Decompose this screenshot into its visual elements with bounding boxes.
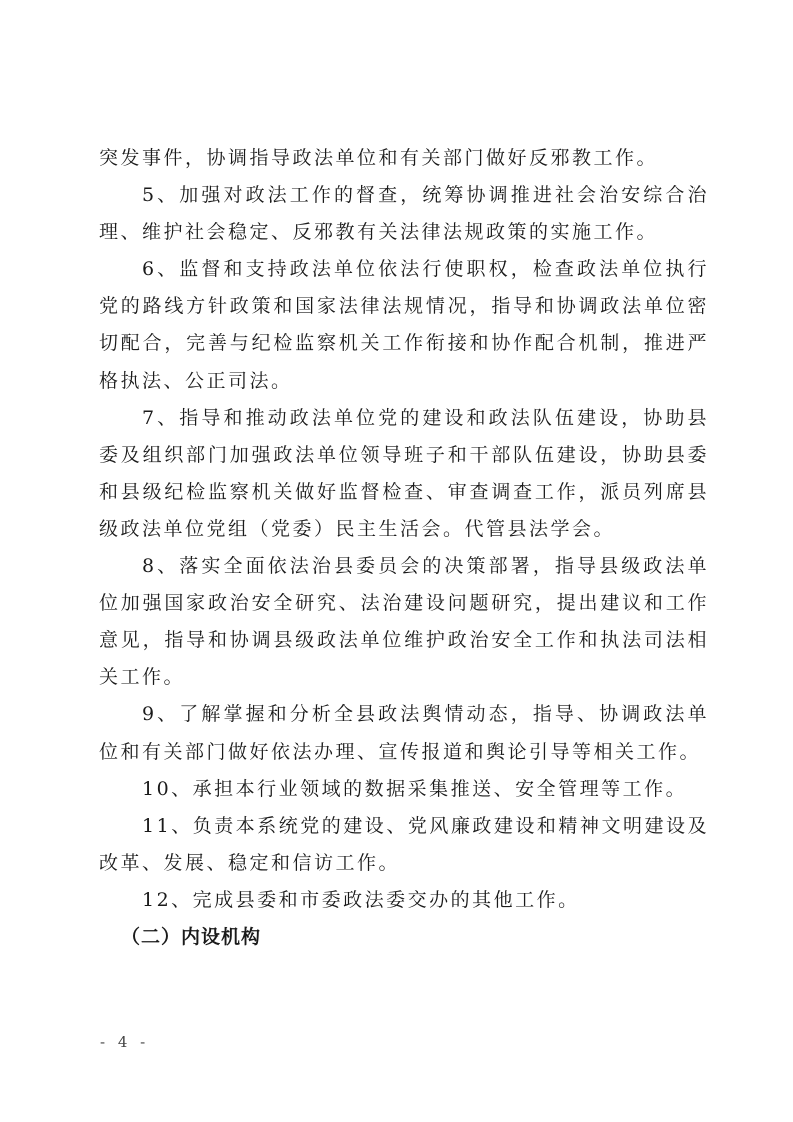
paragraph-item-9: 9、了解掌握和分析全县政法舆情动态，指导、协调政法单位和有关部门做好依法办理、宣… bbox=[99, 696, 709, 770]
paragraph-item-7: 7、指导和推动政法单位党的建设和政法队伍建设，协助县委及组织部门加强政法单位领导… bbox=[99, 400, 709, 548]
document-body: 突发事件，协调指导政法单位和有关部门做好反邪教工作。 5、加强对政法工作的督查，… bbox=[99, 140, 709, 956]
paragraph-item-11: 11、负责本系统党的建设、党风廉政建设和精神文明建设及改革、发展、稳定和信访工作… bbox=[99, 808, 709, 882]
paragraph-item-12: 12、完成县委和市委政法委交办的其他工作。 bbox=[99, 882, 709, 919]
paragraph-item-5: 5、加强对政法工作的督查，统筹协调推进社会治安综合治理、维护社会稳定、反邪教有关… bbox=[99, 177, 709, 251]
page-number: - 4 - bbox=[100, 1033, 149, 1051]
paragraph-item-6: 6、监督和支持政法单位依法行使职权，检查政法单位执行党的路线方针政策和国家法律法… bbox=[99, 251, 709, 399]
paragraph-continuation: 突发事件，协调指导政法单位和有关部门做好反邪教工作。 bbox=[99, 140, 709, 177]
paragraph-item-10: 10、承担本行业领域的数据采集推送、安全管理等工作。 bbox=[99, 771, 709, 808]
document-page: 突发事件，协调指导政法单位和有关部门做好反邪教工作。 5、加强对政法工作的督查，… bbox=[0, 0, 793, 1122]
section-heading: （二）内设机构 bbox=[99, 919, 709, 956]
paragraph-item-8: 8、落实全面依法治县委员会的决策部署，指导县级政法单位加强国家政治安全研究、法治… bbox=[99, 548, 709, 696]
